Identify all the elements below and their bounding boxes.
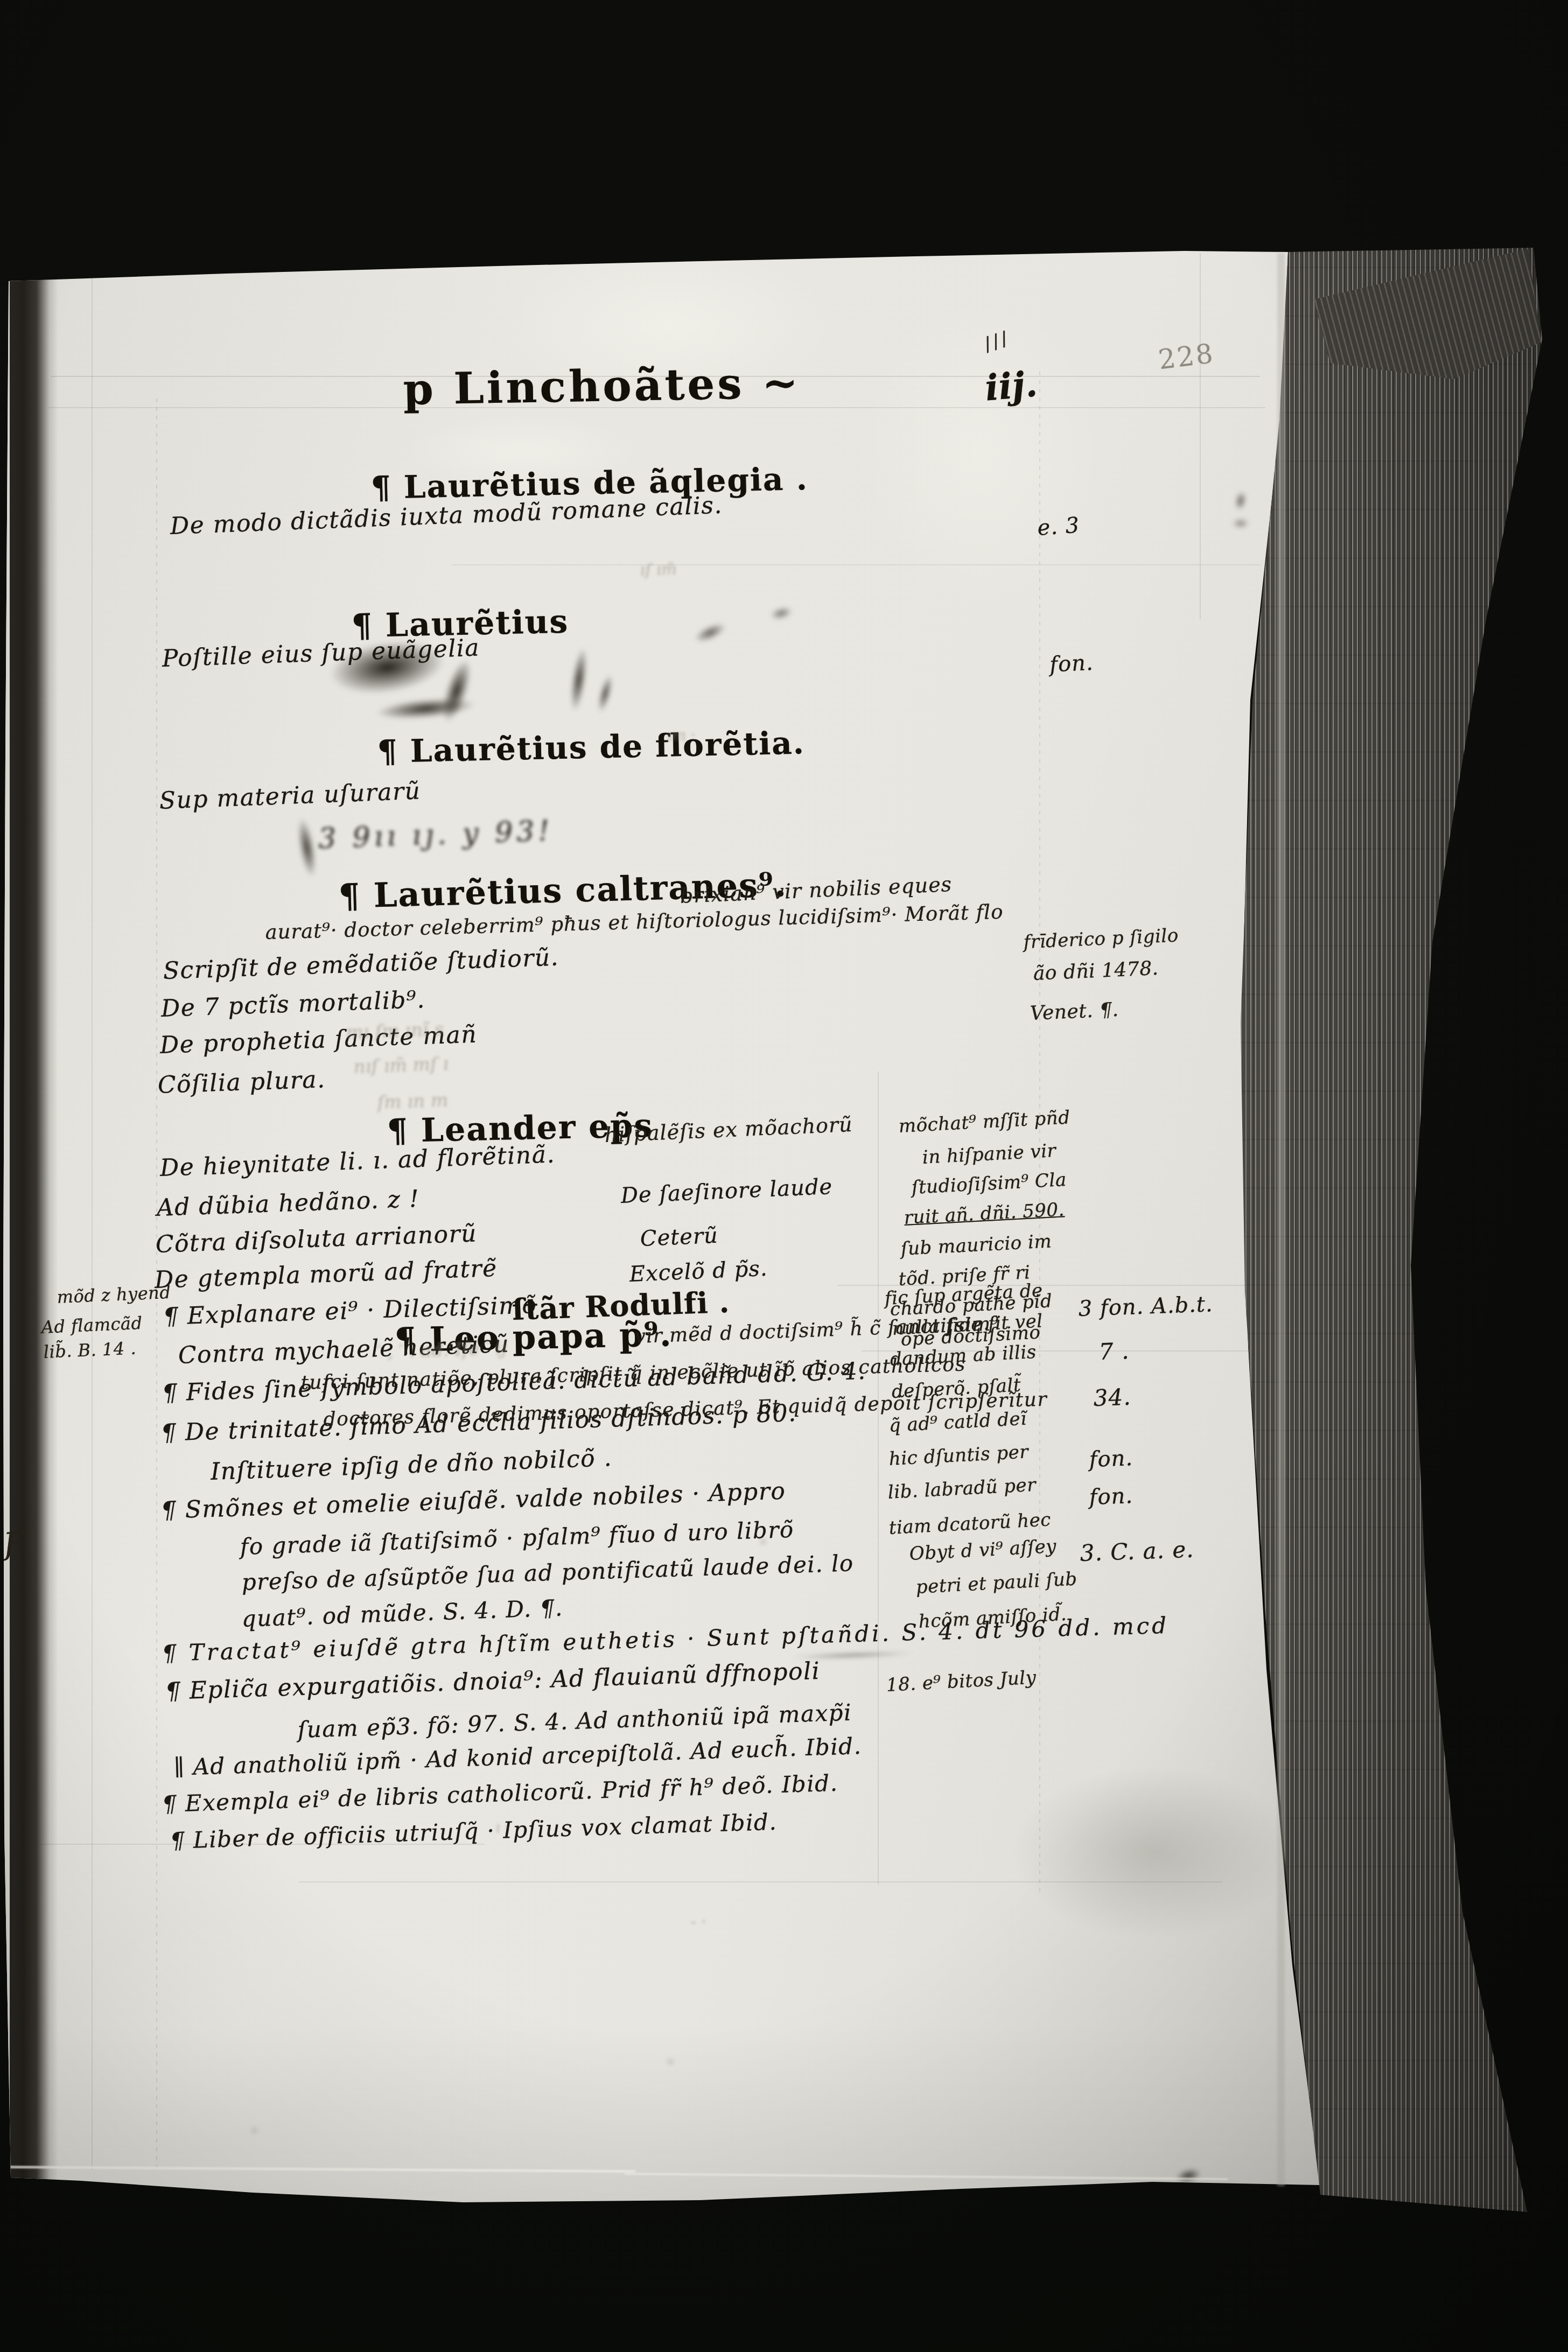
ink-blot: [790, 1651, 914, 1660]
manuscript-line: ¶ Liber de officiis utriuſq̃ · Ipſius vo…: [170, 1809, 778, 1854]
ink-blot: [760, 1539, 766, 1544]
manuscript-line: Ceterũ: [640, 1223, 719, 1251]
manuscript-line: ſtudioſiſsim⁹ Cla: [911, 1169, 1067, 1199]
manuscript-line: in hiſpanie vir: [922, 1140, 1056, 1168]
manuscript-line: ¶ Eplic̃a expurgatiõis. dnoia⁹: Ad flaui…: [165, 1657, 821, 1705]
manuscript-line: 7 .: [1098, 1338, 1130, 1365]
photograph-of-manuscript: p Linchoãtes ~ /// iij. 228 ¶ Laurẽtius …: [0, 0, 1568, 2352]
manuscript-line: Ad flamcãd: [41, 1313, 143, 1338]
ghost-text: ı ·: [495, 1819, 509, 1836]
folio-number: iij.: [983, 363, 1039, 409]
ink-blot: [568, 647, 590, 712]
manuscript-line: Excelõ d p̃s.: [629, 1256, 768, 1287]
ink-blot: [1233, 490, 1248, 512]
manuscript-line: Scripſit de emẽdatiõe ſtudiorũ.: [163, 943, 559, 985]
light-stain: [862, 299, 1098, 606]
ink-blot: [1232, 518, 1249, 529]
manuscript-line: De 7 pctĩs mortalib⁹.: [160, 986, 425, 1023]
manuscript-line: frīderico p ſigilo: [1023, 925, 1179, 953]
ink-blot: [595, 674, 615, 714]
ink-blot: [294, 816, 319, 878]
manuscript-line: ruit añ. dñi. 590.: [904, 1199, 1065, 1229]
manuscript-line: lib̃. B. 14 .: [43, 1338, 137, 1362]
manuscript-line: Ad dũbia hedãno. z !: [156, 1185, 420, 1222]
manuscript-line: 3. C. a. e.: [1080, 1536, 1194, 1566]
ghost-text: ıſ ım̃: [640, 560, 677, 580]
manuscript-line: fon.: [1089, 1446, 1133, 1472]
ruled-line-horizontal: [299, 1881, 1222, 1882]
manuscript-line: lib. labradũ per: [887, 1474, 1037, 1503]
manuscript-line: Venet. ¶.: [1030, 999, 1119, 1025]
manuscript-line: De ſaeſinore laude: [620, 1174, 833, 1208]
ghost-text: - ·: [690, 1912, 706, 1931]
ruled-line-horizontal: [452, 564, 1260, 565]
manuscript-line: De gtempla morũ ad fratrẽ: [154, 1255, 498, 1294]
ghost-text: nıſ ım̃ mſ ı: [353, 1053, 449, 1078]
manuscript-line: 3 fon. A.b.t.: [1078, 1292, 1213, 1321]
manuscript-line: Obyt d vi⁹ aſſey: [909, 1536, 1057, 1565]
ghost-text: ım ·: [667, 726, 696, 745]
manuscript-line: ¶ Laurẽtius de florẽtia.: [377, 724, 806, 770]
manuscript-line: ão dñi 1478.: [1033, 957, 1159, 985]
ink-blot: [375, 695, 476, 723]
manuscript-line: quat⁹. od mũde. S. 4. D. ¶.: [241, 1594, 563, 1632]
manuscript-line: petri et pauli ſub: [915, 1568, 1077, 1598]
manuscript-line: Inſtituere ipſig de dño nobilcõ .: [210, 1444, 613, 1486]
pen-mark: Ƒ: [2, 1525, 26, 1562]
manuscript-line: mõchat⁹ mſſit pñd: [898, 1107, 1070, 1137]
ghost-text: mı ſm ınĩ s: [346, 1019, 444, 1044]
ruled-line-vertical: [1039, 372, 1040, 1895]
ghost-text: ′ , ′ . ad. Iſe ′ ij: [377, 1338, 507, 1363]
ghost-text: ſm ın m: [377, 1089, 449, 1114]
manuscript-line: Cõtra diſsoluta arrianorũ: [155, 1220, 478, 1258]
manuscript-line: Sup materia uſurarũ: [159, 777, 421, 815]
ink-blot: [668, 2059, 673, 2064]
page-edge-highlight: [1277, 253, 1285, 2186]
dark-stain: [1012, 1766, 1292, 1938]
manuscript-line: ſub mauricio im: [900, 1230, 1052, 1260]
pencil-foliation: 228: [1157, 338, 1216, 375]
manuscript-line: De hieynitate li. ı. ad florẽtinã.: [159, 1140, 556, 1182]
manuscript-line: 3 9ıı ıȷ. y 93!: [318, 815, 554, 855]
manuscript-line: mõd z hyend: [57, 1282, 171, 1307]
light-stain: [70, 1917, 350, 2143]
manuscript-line: 34.: [1093, 1384, 1131, 1411]
manuscript-line: hic dſuntis per: [888, 1441, 1029, 1470]
paper-crack-line: [625, 2173, 1228, 2180]
gutter-shadow: [10, 274, 58, 2180]
manuscript-line: 18. e⁹ bitos July: [886, 1667, 1037, 1696]
paper-crack-line: [0, 2166, 635, 2173]
ink-blot: [769, 605, 794, 622]
manuscript-line: fon.: [1089, 1483, 1133, 1510]
manuscript-line: ¶ Smõnes et omelie eiuſdẽ. valde nobiles…: [160, 1478, 786, 1524]
manuscript-line: e. 3: [1037, 513, 1081, 541]
manuscript-line: ſtãr Rodulfi .: [512, 1285, 730, 1327]
ink-blot: [692, 619, 728, 646]
manuscript-line: tiam dcatorũ hec: [888, 1509, 1052, 1539]
manuscript-line: Cõſilia plura.: [157, 1066, 326, 1099]
ink-blot: [252, 2128, 257, 2133]
running-title: p Linchoãtes ~: [403, 357, 801, 415]
ruled-line-vertical: [878, 1072, 879, 1885]
manuscript-line: fon.: [1049, 650, 1094, 677]
ruled-line-vertical: [92, 272, 93, 2170]
manuscript-line: fo grade iã ſtatiſsimõ · pſalm⁹ fĩuo d u…: [240, 1516, 794, 1560]
ink-blot: [1174, 2166, 1202, 2186]
